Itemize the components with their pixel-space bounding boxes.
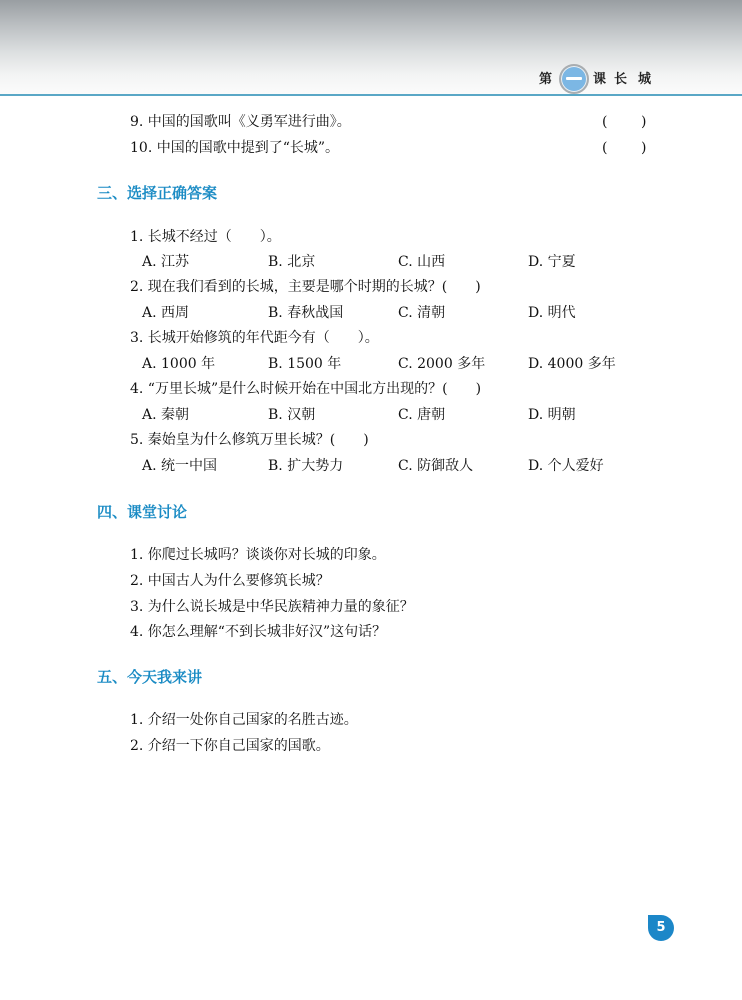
- discussion-item-2: 2. 中国古人为什么要修筑长城？: [130, 572, 330, 590]
- mc-q2-option-b: B. 春秋战国: [268, 304, 343, 322]
- section-heading-choose-answer: 三、选择正确答案: [97, 184, 217, 202]
- mc-q1-option-b: B. 北京: [268, 253, 315, 271]
- mc-q4-option-c: C. 唐朝: [398, 406, 445, 424]
- lesson-title-char-1: 长: [614, 72, 627, 88]
- lesson-title-char-2: 城: [638, 72, 651, 88]
- mc-q4-option-a: A. 秦朝: [142, 406, 189, 424]
- lesson-suffix: 课: [593, 72, 606, 88]
- circle-one-icon: [559, 64, 589, 94]
- section-heading-today-i-present: 五、今天我来讲: [97, 668, 202, 686]
- mc-q2-option-a: A. 西周: [142, 304, 189, 322]
- mc-q5-option-a: A. 统一中国: [142, 457, 217, 475]
- answer-paren-close-10: ): [641, 139, 646, 157]
- mc-q3-option-d: D. 4000 多年: [528, 355, 616, 373]
- mc-q3-option-c: C. 2000 多年: [398, 355, 485, 373]
- mc-q1-option-c: C. 山西: [398, 253, 445, 271]
- mc-q2-option-d: D. 明代: [528, 304, 576, 322]
- answer-paren-open-9: (: [602, 113, 607, 131]
- mc-question-5: 5. 秦始皇为什么修筑万里长城？( ): [130, 431, 369, 449]
- discussion-item-1: 1. 你爬过长城吗？谈谈你对长城的印象。: [130, 546, 386, 564]
- mc-q5-option-c: C. 防御敌人: [398, 457, 473, 475]
- mc-q2-option-c: C. 清朝: [398, 304, 445, 322]
- mc-question-2: 2. 现在我们看到的长城，主要是哪个时期的长城？( ): [130, 278, 481, 296]
- mc-q1-option-a: A. 江苏: [142, 253, 189, 271]
- presentation-item-2: 2. 介绍一下你自己国家的国歌。: [130, 737, 330, 755]
- mc-q1-option-d: D. 宁夏: [528, 253, 576, 271]
- answer-paren-open-10: (: [602, 139, 607, 157]
- mc-question-1: 1. 长城不经过（ ）。: [130, 228, 281, 246]
- mc-q3-option-b: B. 1500 年: [268, 355, 341, 373]
- section-heading-class-discussion: 四、课堂讨论: [97, 503, 187, 521]
- mc-q4-option-b: B. 汉朝: [268, 406, 315, 424]
- mc-q5-option-d: D. 个人爱好: [528, 457, 604, 475]
- lesson-number-one-glyph: [566, 77, 582, 80]
- answer-paren-close-9: ): [641, 113, 646, 131]
- page-number-badge: 5: [648, 915, 674, 941]
- discussion-item-3: 3. 为什么说长城是中华民族精神力量的象征？: [130, 598, 414, 616]
- page-header-band: [0, 0, 742, 94]
- discussion-item-4: 4. 你怎么理解“不到长城非好汉”这句话？: [130, 623, 386, 641]
- mc-q4-option-d: D. 明朝: [528, 406, 576, 424]
- header-divider: [0, 94, 742, 96]
- mc-question-4: 4. “万里长城”是什么时候开始在中国北方出现的？( ): [130, 380, 481, 398]
- lesson-prefix: 第: [539, 72, 552, 88]
- mc-question-3: 3. 长城开始修筑的年代距今有（ ）。: [130, 329, 379, 347]
- mc-q5-option-b: B. 扩大势力: [268, 457, 343, 475]
- presentation-item-1: 1. 介绍一处你自己国家的名胜古迹。: [130, 711, 358, 729]
- mc-q3-option-a: A. 1000 年: [142, 355, 215, 373]
- true-false-item-10: 10. 中国的国歌中提到了“长城”。: [130, 139, 339, 157]
- true-false-item-9: 9. 中国的国歌叫《义勇军进行曲》。: [130, 113, 351, 131]
